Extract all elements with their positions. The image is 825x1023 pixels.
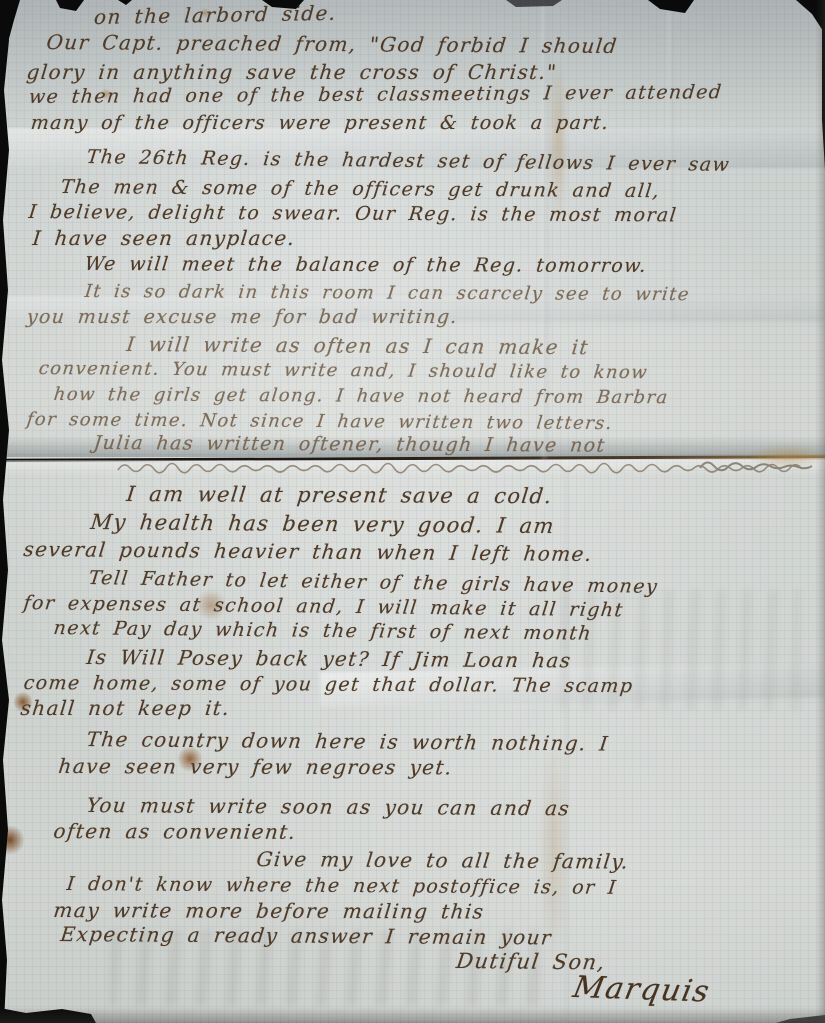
letter-line: glory in anything save the cross of Chri… <box>25 60 558 84</box>
letter-line: The country down here is worth nothing. … <box>85 727 610 756</box>
letter-line: shall not keep it. <box>19 696 231 720</box>
letter-line: I believe, delight to swear. Our Reg. is… <box>28 201 679 226</box>
letter-line: Our Capt. preached from, "God forbid I s… <box>45 30 619 58</box>
letter-line: It is so dark in this room I can scarcel… <box>84 281 691 305</box>
letter-line: often as convenient. <box>52 819 297 844</box>
letter-line: I am well at present save a cold. <box>125 482 554 508</box>
letter-line: you must excuse me for bad writing. <box>26 306 459 328</box>
letter-line: for some time. Not since I have written … <box>26 409 614 434</box>
letter-line: how the girls get along. I have not hear… <box>53 384 670 408</box>
letter-line: We will meet the balance of the Reg. tom… <box>84 253 649 277</box>
letter-line: Is Will Posey back yet? If Jim Loan has <box>85 645 573 672</box>
letter-line: on the larbord side. <box>93 1 337 29</box>
letter-line: come home, some of you get that dollar. … <box>23 672 635 697</box>
letter-line: I don't know where the next postoffice i… <box>66 873 619 899</box>
letter-line: convenient. You must write and, I should… <box>38 358 650 383</box>
letter-line: may write more before mailing this <box>52 898 485 923</box>
letter-line: Expecting a ready answer I remain your <box>59 922 553 949</box>
scan-right-shadow <box>816 0 825 1023</box>
letter-line: I will write as often as I can make it <box>125 332 590 359</box>
letter-line: Julia has written oftener, though I have… <box>93 432 607 457</box>
letter-line: several pounds heavier than when I left … <box>22 537 594 566</box>
letter-line: have seen very few negroes yet. <box>57 754 454 779</box>
signature: Marquis <box>570 970 713 1010</box>
letter-scan: on the larbord side. Our Capt. preached … <box>0 0 825 1023</box>
letter-line: Give my love to all the family. <box>255 847 630 874</box>
letter-line: I have seen anyplace. <box>31 226 296 250</box>
letter-line: You must write soon as you can and as <box>85 793 571 820</box>
letter-line: The men & some of the officers get drunk… <box>60 176 662 202</box>
scan-bottom-shadow <box>0 1007 825 1023</box>
letter-line: many of the officers were present & took… <box>30 112 611 134</box>
letter-line: My health has been very good. I am <box>89 510 556 538</box>
